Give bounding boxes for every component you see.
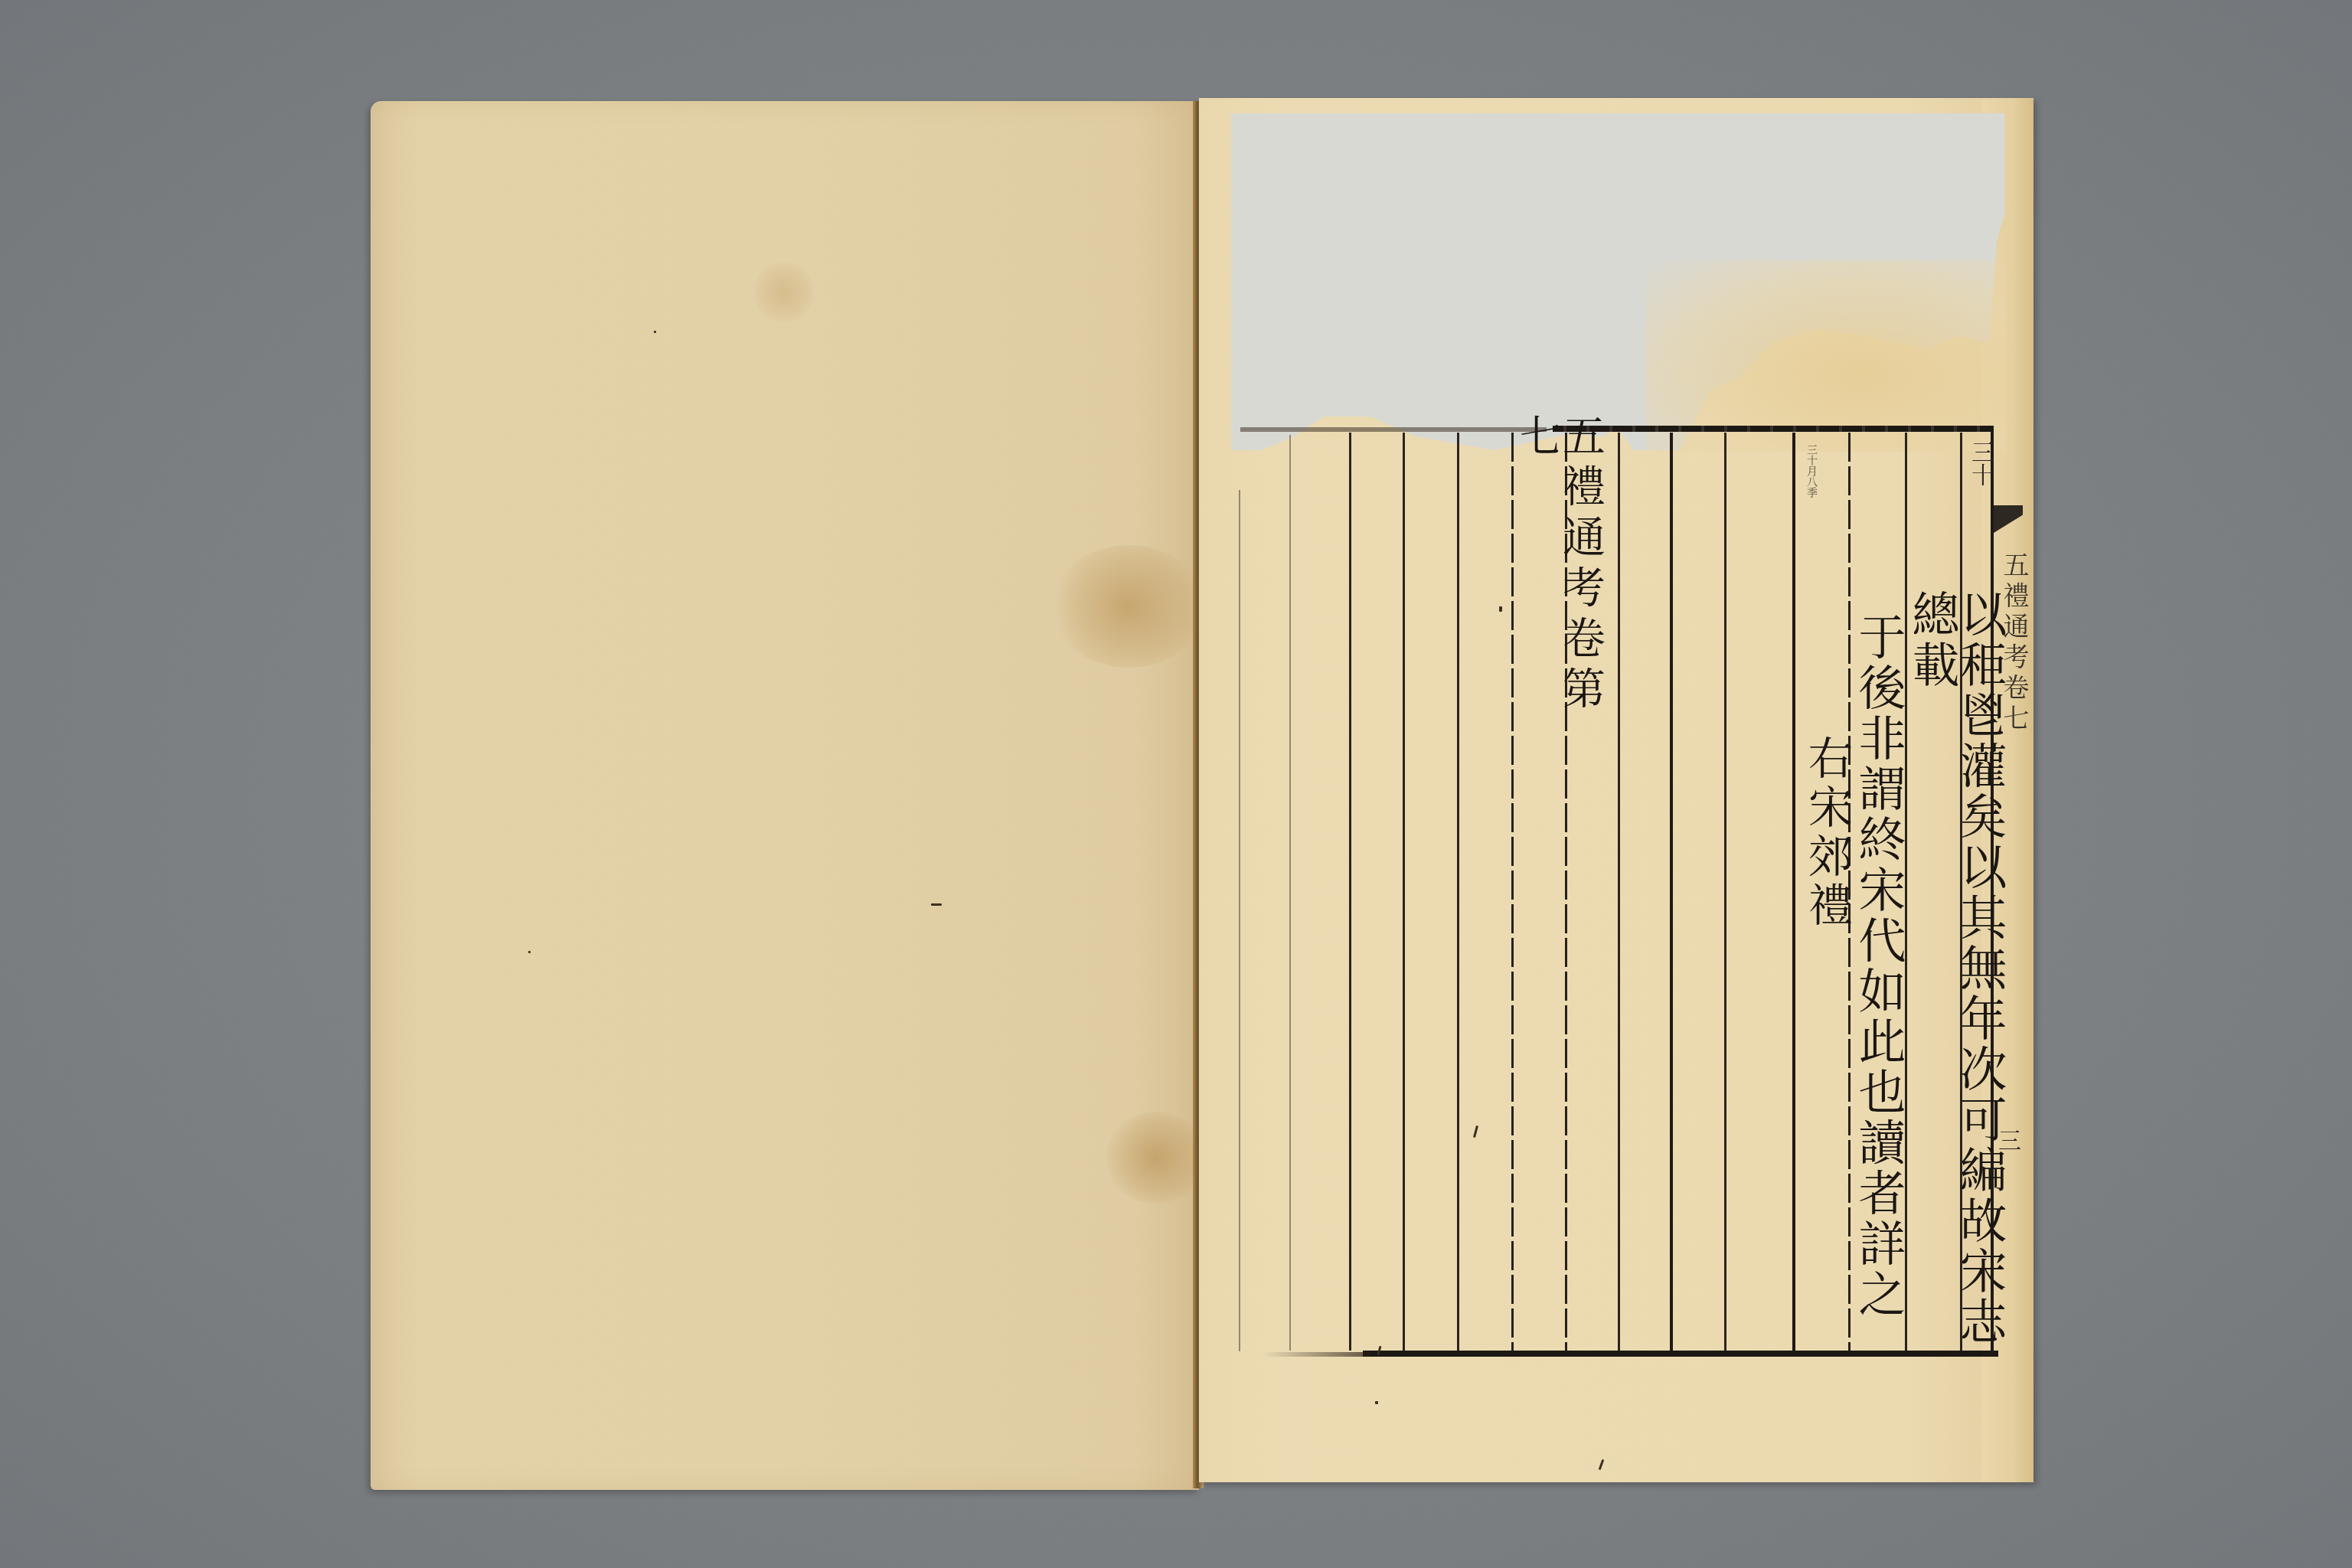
column-line — [1724, 433, 1726, 1351]
text-column-1: 以秬鬯灌矣以其無年次可編故宋志總載 — [1908, 590, 2003, 1355]
frame-top-rule — [1553, 426, 1994, 432]
ear-mark: 三十 — [1963, 440, 1997, 486]
fore-edge-title: 五禮通考卷七 — [1995, 551, 2033, 735]
frame-bottom-rule — [1363, 1351, 1998, 1357]
water-stain — [753, 262, 815, 323]
water-stain — [1052, 545, 1205, 668]
column-line — [1239, 490, 1240, 1351]
text-column-3: 右宋郊禮 — [1795, 735, 1859, 995]
water-stain — [1106, 1112, 1205, 1204]
column-line — [1289, 435, 1291, 1351]
speck — [931, 903, 942, 906]
speck — [528, 951, 531, 953]
column-line — [1511, 433, 1514, 1351]
faint-printed-marks: 三十月八季 — [1804, 444, 1819, 498]
paper-discoloration — [1646, 260, 2006, 452]
page-number: 三 — [1998, 1122, 2021, 1155]
frame-bottom-rule-fade — [1263, 1352, 1370, 1357]
open-book: 以秬鬯灌矣以其無年次可編故宋志總載 于後非謂終宋代如此也讀者詳之 右宋郊禮 五禮… — [0, 0, 2352, 1568]
column-line — [1349, 433, 1351, 1351]
text-column-2: 于後非謂終宋代如此也讀者詳之 — [1854, 612, 1902, 1340]
chapter-title-column: 五禮通考卷第七 — [1516, 413, 1602, 750]
speck — [1499, 606, 1502, 612]
column-line — [1457, 433, 1459, 1351]
speck — [1375, 1401, 1378, 1404]
column-line — [1403, 433, 1405, 1351]
speck — [654, 331, 656, 333]
frame-top-rule-faint — [1240, 427, 1547, 432]
column-line — [1618, 433, 1620, 1351]
column-line — [1670, 433, 1673, 1351]
left-page-blank — [371, 101, 1199, 1490]
